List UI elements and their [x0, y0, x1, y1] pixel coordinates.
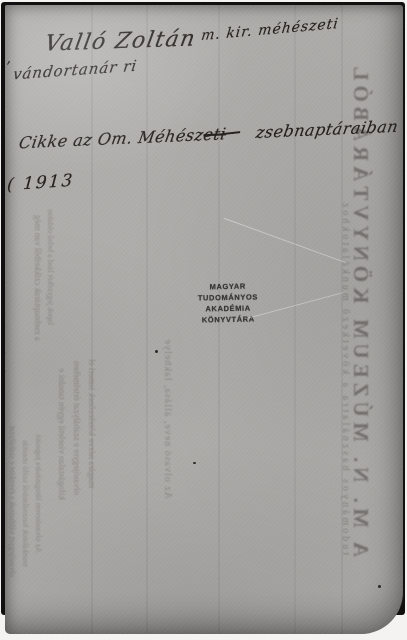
paper-speck: [155, 350, 158, 353]
strike-extension-line: [224, 131, 240, 135]
handwritten-year: ( 1913: [6, 171, 75, 196]
bleedthrough-right-small-text: tudományos használatra a következő munká…: [340, 200, 351, 555]
bleedthrough-column: magára nézve kötelezőnek ismeri el: [87, 359, 97, 488]
handwritten-line2: vándortanár ri: [12, 57, 139, 84]
handwritten-name: Valló Zoltán: [43, 26, 198, 56]
bleedthrough-column: Az olvasóterem látogatására jogosító: [34, 435, 43, 553]
handwritten-affiliation: m. kir. méhészeti: [200, 16, 339, 44]
bleedthrough-column: a zsebnaptárak czikkeiből van még: [33, 215, 43, 341]
bleedthrough-column: munkálatok használatáról szóló utasítás: [21, 440, 30, 567]
stamp-line-2: TUDOMÁNYOS AKADÉMIA: [185, 291, 271, 314]
bleedthrough-column: Az olvasó neve, állása, lakhelye: [162, 339, 173, 499]
paper-scratch: [224, 218, 347, 263]
handwriting-flourish-mark: ’: [6, 58, 11, 76]
handwritten-line3-end: zsebnaptáraiban: [254, 117, 399, 142]
handwritten-line3: Cikke az Om. Méhészetizsebnaptáraiban: [18, 117, 400, 153]
bleedthrough-column: olvasójegyet válthatnak s évenkint e sza…: [8, 426, 17, 577]
bleedthrough-column: lapok jegyzékét lásd a belső oldalon: [46, 209, 55, 325]
bleedthrough-column: az olvasóterembe lépni: [5, 294, 7, 390]
paper-speck: [193, 462, 196, 464]
card-paper: A M. N. MÚZEUM KÖNYVTÁRÁBÓL tudományos h…: [5, 5, 403, 634]
paper-speck: [378, 585, 381, 588]
library-stamp: MAGYAR TUDOMÁNYOS AKADÉMIA KÖNYVTÁRA: [185, 280, 272, 325]
handwritten-line3-start: Cikke az Om. Méhész: [18, 125, 206, 152]
bleedthrough-column: olvasójegyre e szabályzat értelmében: [72, 361, 82, 495]
bleedthrough-column: kifogástalan viseletű egyén tanulni e: [57, 369, 67, 500]
scanned-library-card: { "colors": { "paper": "#b0aeab", "ink":…: [0, 0, 407, 640]
